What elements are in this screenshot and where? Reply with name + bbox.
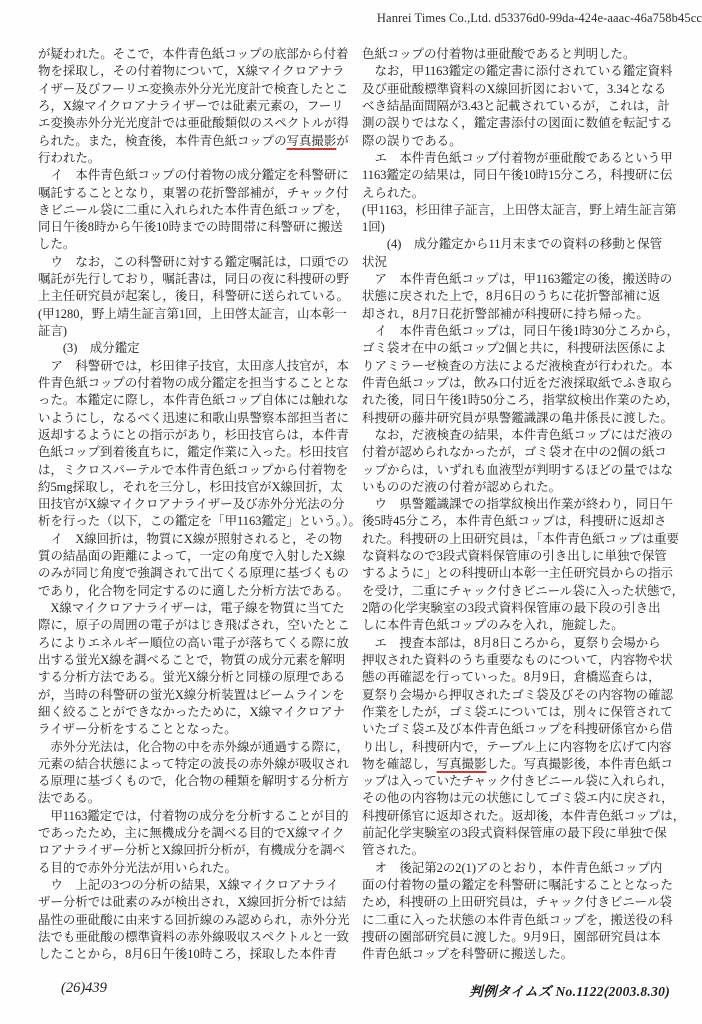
text-line: ップは入っていたチャック付きビニール袋に入れられ， (362, 773, 673, 790)
text-line: が疑われた。そこで，本件青色紙コップの底部から付着 (38, 46, 349, 63)
text-line: 却され，8月7日花折警部補が科捜研に持ち帰った。 (362, 306, 673, 323)
red-underlined-text: 写真撮影 (437, 757, 487, 771)
text-line: (甲1280，野上靖生証言第1回，上田啓太証言，山本彰一 (38, 306, 349, 323)
text-line: ロアナライザー分析とX線回折分析が，有機成分を調べ (38, 842, 349, 859)
text-line: であり，化合物を同定するのに適した分析方法である。 (38, 583, 349, 600)
text-line: ウ 県警鑑識課での指掌紋検出作業が終わり，同日午 (362, 496, 673, 513)
text-line: 甲1163鑑定では，付着物の成分を分析することが目的 (38, 808, 349, 825)
text-line: エ 本件青色紙コップ付着物が亜砒酸であるという甲 (362, 150, 673, 167)
text-line: 2階の化学実験室の3段式資料保管庫の最下段の引き出 (362, 600, 673, 617)
text-line: イ X線回折は，物質にX線が照射されると，その物 (38, 531, 349, 548)
text-line: 夏祭り会場から押収されたゴミ袋及びその内容物の確認 (362, 687, 673, 704)
text-line: 行われた。 (38, 150, 349, 167)
text-line: いたゴミ袋エ及び本件青色紙コップを科捜研係官から借 (362, 721, 673, 738)
text-line: 返却するようにとの指示があり，杉田技官らは，本件青 (38, 427, 349, 444)
text-line: ップからは，いずれも血液型が判明するほどの量ではな (362, 462, 673, 479)
text-line: いもののだ液の付着が認められた。 (362, 479, 673, 496)
text-line: 細く絞ることができなかったために，X線マイクロアナ (38, 704, 349, 721)
text-line: ウ なお，この科警研に対する鑑定嘱託は，口頭での (38, 254, 349, 271)
text-line: 田技官がX線マイクロアナライザー及び赤外分光法の分 (38, 496, 349, 513)
text-line: X線マイクロアナライザーは，電子線を物質に当てた (38, 600, 349, 617)
text-line: えられた。 (362, 185, 673, 202)
text-line: 状況 (362, 254, 673, 271)
text-line: 赤外分光法は，化合物の中を赤外線が通過する際に， (38, 739, 349, 756)
text-line: オ 後記第2の2(1)アのとおり，本件青色紙コップ内 (362, 860, 673, 877)
text-line: 件青色紙コップの付着物の成分鑑定を担当することとな (38, 375, 349, 392)
text-line: 1163鑑定の結果は，同日午後10時15分ころ，科捜研に伝 (362, 167, 673, 184)
text-line: 証言) (38, 323, 349, 340)
text-line: 色紙コップの付着物は亜砒酸であると判明した。 (362, 46, 673, 63)
text-line: その他の内容物は元の状態にしてゴミ袋エ内に戻され， (362, 790, 673, 807)
text-line: したことから，8月6日午後10時ころ，採取した本件青 (38, 946, 349, 963)
text-line: 約5mg採取し，それを三分し，杉田技官がX線回折，太 (38, 479, 349, 496)
text-line: を受け，二重にチャック付きビニール袋に入った状態で， (362, 583, 673, 600)
text-line: 法である。 (38, 790, 349, 807)
text-line: イザー及びフーリエ変換赤外分光光度計で検査したとこ (38, 81, 349, 98)
text-line: (4) 成分鑑定から11月末までの資料の移動と保管 (362, 236, 673, 253)
text-line: べき結晶面間隔が3.43と記載されているが，これは，計 (362, 98, 673, 115)
text-line: イ 本件青色紙コップは，同日午後1時30分ころから， (362, 323, 673, 340)
right-column: 色紙コップの付着物は亜砒酸であると判明した。 なお，甲1163鑑定の鑑定書に添付… (362, 46, 673, 964)
text-line: した。 (38, 236, 349, 253)
text-line: 及び亜砒酸標準資料のX線回折図において，3.34となる (362, 81, 673, 98)
text-line: 嘱託が先行しており，嘱託書は，同日の夜に科捜研の野 (38, 271, 349, 288)
text-line: 前記化学実験室の3段式資料保管庫の最下段に単独で保 (362, 825, 673, 842)
text-line: 管された。 (362, 842, 673, 859)
text-line: イ 本件青色紙コップの付着物の成分鑑定を科警研に (38, 167, 349, 184)
text-line: 後5時45分ころ，本件青色紙コップは，科捜研に返却さ (362, 513, 673, 530)
text-line: に二重に入った状態の本件青色紙コップを，搬送役の科 (362, 912, 673, 929)
text-line: ザー分析では砒素のみが検出され，X線回折分析では結 (38, 894, 349, 911)
text-line: ゴミ袋オ在中の紙コップ2個と共に，科捜研法医係によ (362, 340, 673, 357)
text-line: 科捜研の藤井研究員が県警鑑識課の亀井係長に渡した。 (362, 410, 673, 427)
left-column: が疑われた。そこで，本件青色紙コップの底部から付着物を採取し，その付着物について… (38, 46, 349, 964)
text-line: 同日午後8時から午後10時までの時間帯に科警研に搬送 (38, 219, 349, 236)
text-line: 態の再確認を行っていった。8月9日，倉橋巡査らは， (362, 669, 673, 686)
text-line: 際の誤りである。 (362, 133, 673, 150)
text-line: 作業をしたが，ゴミ袋エについては，別々に保管されて (362, 704, 673, 721)
text-line: 晶性の亜砒酸に由来する回折線のみ認められ，赤外分光 (38, 912, 349, 929)
text-line: りアミラーゼ検査の方法によるだ液検査が行われた。本 (362, 358, 673, 375)
text-line: れた後，同日午後1時50分ころ，指掌紋検出作業のため， (362, 392, 673, 409)
text-line: (甲1163，杉田律子証言，上田啓太証言，野上靖生証言第 (362, 202, 673, 219)
text-line: ア 本件青色紙コップは，甲1163鑑定の後，搬送時の (362, 271, 673, 288)
text-line: エ変換赤外分光光度計では亜砒酸類似のスペクトルが得 (38, 115, 349, 132)
text-line: る目的で赤外分光法が用いられた。 (38, 860, 349, 877)
text-line: 付着が認められなかったが，ゴミ袋オ在中の2個の紙コ (362, 444, 673, 461)
text-line: 出する蛍光X線を調べることで，物質の成分元素を解明 (38, 652, 349, 669)
text-line: きビニール袋に二重に入れられた本件青色紙コップを， (38, 202, 349, 219)
text-line: する分析方法である。蛍光X線分析と同様の原理である (38, 669, 349, 686)
text-line: 測の誤りではなく，鑑定書添付の図面に数値を転記する (362, 115, 673, 132)
red-underlined-text: 写真撮影 (287, 134, 337, 148)
text-line: 際に，原子の周囲の電子がはじき飛ばされ，空いたとこ (38, 617, 349, 634)
text-line: 法でも亜砒酸の標準資料の赤外線吸収スペクトルと一致 (38, 929, 349, 946)
header-watermark: Hanrei Times Co.,Ltd. d53376d0-99da-424e… (377, 11, 702, 26)
text-line: 析を行った（以下，この鑑定を「甲1163鑑定」という。）。 (38, 513, 349, 530)
text-line: のみが同じ角度で強調されて出てくる原理に基づくもの (38, 565, 349, 582)
text-line: ア 科警研では，杉田律子技官，太田彦人技官が，本 (38, 358, 349, 375)
text-line: するように」との科捜研山本彰一主任研究員からの指示 (362, 565, 673, 582)
text-line: 物を確認し，写真撮影した。写真撮影後，本件青色紙コ (362, 756, 673, 773)
page-number: (26)439 (61, 980, 107, 997)
text-line: (3) 成分鑑定 (38, 340, 349, 357)
text-line: しに本件青色紙コップのみを入れ，施錠した。 (362, 617, 673, 634)
text-line: 科捜研係官に返却された。返却後，本件青色紙コップは， (362, 808, 673, 825)
text-line: 色紙コップ到着後直ちに，鑑定作業に入った。杉田技官 (38, 444, 349, 461)
text-line: る原理に基づくもので，化合物の種類を解明する分析方 (38, 773, 349, 790)
text-line: なお，だ液検査の結果，本件青色紙コップにはだ液の (362, 427, 673, 444)
text-line: なお，甲1163鑑定の鑑定書に添付されている鑑定資料 (362, 63, 673, 80)
text-line: が，当時の科警研の蛍光X線分析装置はビームラインを (38, 687, 349, 704)
text-line: 質の結晶面の距離によって，一定の角度で入射したX線 (38, 548, 349, 565)
text-line: れた。科捜研の上田研究員は，「本件青色紙コップは重要 (362, 531, 673, 548)
journal-reference: 判例タイムズ No.1122(2003.8.30) (469, 980, 670, 1000)
text-line: 1回) (362, 219, 673, 236)
document-page: Hanrei Times Co.,Ltd. d53376d0-99da-424e… (0, 0, 702, 1024)
text-line: ウ 上記の3つの分析の結果，X線マイクロアナライ (38, 877, 349, 894)
text-line: 上主任研究員が起案し，後日，科警研に送られている。 (38, 288, 349, 305)
text-line: ろ，X線マイクロアナライザーでは砒素元素の，フーリ (38, 98, 349, 115)
text-line: いようにし，なるべく迅速に和歌山県警察本部担当者に (38, 410, 349, 427)
text-line: 面の付着物の量の鑑定を科警研に嘱託することとなった (362, 877, 673, 894)
text-line: 物を採取し，その付着物について，X線マイクロアナラ (38, 63, 349, 80)
text-line: エ 捜査本部は，8月8日ころから，夏祭り会場から (362, 635, 673, 652)
text-line: 件青色紙コップは，飲み口付近をだ液採取紙でふき取ら (362, 375, 673, 392)
text-line: 嘱託することとなり，東署の花折警部補が，チャック付 (38, 185, 349, 202)
text-line: ろによりエネルギー順位の高い電子が落ちてくる際に放 (38, 635, 349, 652)
text-line: った。本鑑定に際し，本件青色紙コップ自体には触れな (38, 392, 349, 409)
text-line: 件青色紙コップを科警研に搬送した。 (362, 946, 673, 963)
text-line: ため，科捜研の上田研究員は，チャック付きビニール袋 (362, 894, 673, 911)
two-column-text-body: が疑われた。そこで，本件青色紙コップの底部から付着物を採取し，その付着物について… (38, 46, 674, 964)
text-line: り出し，科捜研内で，テーブル上に内容物を広げて内容 (362, 739, 673, 756)
text-line: 状態に戻された上で，8月6日のうちに花折警部補に返 (362, 288, 673, 305)
text-line: ライザー分析をすることとなった。 (38, 721, 349, 738)
text-line: 押収された資料のうち重要なものについて，内容物や状 (362, 652, 673, 669)
text-line: られた。また，検査後，本件青色紙コップの写真撮影が (38, 133, 349, 150)
text-line: であったため，主に無機成分を調べる目的でX線マイク (38, 825, 349, 842)
text-line: は，ミクロスパーテルで本件青色紙コップから付着物を (38, 462, 349, 479)
text-line: 元素の結合状態によって特定の波長の赤外線が吸収され (38, 756, 349, 773)
text-line: な資料なので3段式資料保管庫の引き出しに単独で保管 (362, 548, 673, 565)
text-line: 捜研の園部研究員に渡した。9月9日，園部研究員は本 (362, 929, 673, 946)
